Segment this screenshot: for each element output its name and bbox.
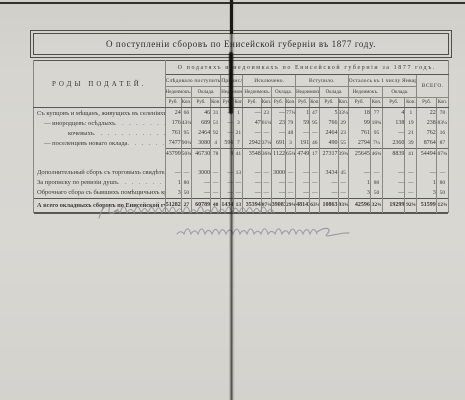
cell-kop: — <box>310 178 320 188</box>
cell-kop: 51 <box>211 118 221 128</box>
cell-rub: 761 <box>165 128 181 138</box>
cell-kop: — <box>338 188 348 199</box>
cell-kop: 16 <box>436 128 448 138</box>
cell-rub: 59 <box>296 118 310 128</box>
cell-kop: — <box>261 168 271 178</box>
cell-rub: 99 <box>348 118 370 128</box>
cell-rub: — <box>271 108 285 119</box>
total-column-header: ВСЕГО. <box>417 75 449 98</box>
subcol-arrears: Недоимокъ. <box>165 87 191 98</box>
unit-rub: Руб. <box>383 98 405 108</box>
cell-rub: 138 <box>383 118 405 128</box>
cell-kop: — <box>310 128 320 138</box>
cell-rub: 191 <box>296 138 310 149</box>
cell-rub: — <box>296 168 310 178</box>
cell-rub: 3000 <box>271 168 285 178</box>
cell-kop: 4 <box>211 138 221 149</box>
row-label: кочевыхъ <box>34 128 166 138</box>
cell-rub: 43799 <box>165 149 181 159</box>
table-row: Оброчнаго сбора съ бывшихъ помѣщичьихъ к… <box>34 188 449 199</box>
cell-kop: 61¼ <box>261 118 271 128</box>
cell-rub: 3080 <box>191 138 210 149</box>
cell-rub: — <box>243 128 261 138</box>
cell-kop: — <box>405 168 417 178</box>
cell-rub: 54494 <box>417 149 436 159</box>
cell-kop: 87¾ <box>436 149 448 159</box>
cell-kop: 18¾ <box>370 118 382 128</box>
cell-rub: — <box>296 128 310 138</box>
span-header: О податяхъ и недоимкахъ по Енисейской гу… <box>165 61 448 75</box>
cell-rub: 3 <box>417 188 436 199</box>
cell-rub: 8764 <box>417 138 436 149</box>
cell-kop: 39¾ <box>338 149 348 159</box>
unit-kop: Коп. <box>310 98 320 108</box>
cell-rub: — <box>383 168 405 178</box>
cell-rub: 1 <box>165 178 181 188</box>
unit-kop: Коп. <box>211 98 221 108</box>
cell-rub <box>243 159 261 168</box>
cell-kop: 45 <box>338 168 348 178</box>
cell-kop: — <box>285 178 295 188</box>
unit-kop: Коп. <box>261 98 271 108</box>
cell-kop: 39 <box>405 138 417 149</box>
cell-rub: 3548 <box>243 149 261 159</box>
cell-rub: 691 <box>271 138 285 149</box>
cell-kop: — <box>436 168 448 178</box>
cell-rub: — <box>243 178 261 188</box>
cell-rub: 1 <box>417 178 436 188</box>
page-title: О поступленіи сборовъ по Енисейской губе… <box>106 39 376 49</box>
cell-rub: 8839 <box>383 149 405 159</box>
cell-rub: — <box>296 178 310 188</box>
cell-kop: 33¼ <box>338 108 348 119</box>
row-label: Дополнительный сборъ съ торговыхъ свидѣт… <box>34 168 166 178</box>
row-label <box>34 159 166 168</box>
cell-rub <box>320 159 338 168</box>
unit-kop: Коп. <box>181 98 191 108</box>
cell-rub <box>348 159 370 168</box>
cell-rub: — <box>320 188 338 199</box>
unit-kop: Коп. <box>436 98 448 108</box>
cell-rub: — <box>165 168 181 178</box>
cell-kop: — <box>181 168 191 178</box>
cell-rub: 2360 <box>383 138 405 149</box>
row-label <box>34 149 166 159</box>
cell-kop: 7¼ <box>370 138 382 149</box>
cell-rub: — <box>348 168 370 178</box>
cell-rub: 766 <box>320 118 338 128</box>
cell-kop: 78 <box>211 149 221 159</box>
cell-rub: 47 <box>243 118 261 128</box>
cell-kop: 19 <box>405 118 417 128</box>
cell-kop: 95 <box>370 128 382 138</box>
cell-kop: — <box>285 168 295 178</box>
cell-rub: — <box>383 178 405 188</box>
cell-rub: 3 <box>348 188 370 199</box>
cell-rub: 3434 <box>320 168 338 178</box>
unit-rub: Руб. <box>417 98 436 108</box>
cell-rub: — <box>191 178 210 188</box>
cell-kop: 66 <box>181 108 191 119</box>
cell-rub: 490 <box>320 138 338 149</box>
table-row: — поселенцевъ новаго оклада747790¼308045… <box>34 138 449 149</box>
cell-kop: — <box>211 168 221 178</box>
cell-rub <box>417 159 436 168</box>
cell-rub: — <box>417 168 436 178</box>
cell-kop: 36¾ <box>261 149 271 159</box>
unit-kop: Коп. <box>405 98 417 108</box>
cell-kop: — <box>261 188 271 199</box>
cell-kop: 80 <box>181 178 191 188</box>
row-label: Оброчнаго сбора съ бывшихъ помѣщичьихъ к… <box>34 188 166 199</box>
unit-rub: Руб. <box>165 98 181 108</box>
cell-kop: 23 <box>338 128 348 138</box>
unit-kop: Коп. <box>234 98 243 108</box>
cell-rub: 689 <box>191 118 210 128</box>
group-due: Слѣдовало поступить. <box>165 75 221 87</box>
cell-rub: — <box>271 178 285 188</box>
cell-rub: — <box>383 188 405 199</box>
cell-kop <box>310 159 320 168</box>
page-fold-crease-top <box>230 0 233 34</box>
cell-kop <box>261 159 271 168</box>
subcol-arrears: Недоимокъ. <box>348 87 382 98</box>
cell-rub: 238 <box>417 118 436 128</box>
subcol-assessment: Оклада. <box>383 87 417 98</box>
cell-kop: 78 <box>436 108 448 119</box>
cell-rub: — <box>320 178 338 188</box>
cell-kop: 80 <box>436 178 448 188</box>
cell-kop: — <box>338 178 348 188</box>
cell-rub: 3000 <box>191 168 210 178</box>
cell-kop: 95 <box>181 128 191 138</box>
cell-kop: — <box>370 168 382 178</box>
cell-kop <box>436 159 448 168</box>
cell-rub: 4749 <box>296 149 310 159</box>
subcol-arrears: Недоимокъ. <box>296 87 320 98</box>
title-box: О поступленіи сборовъ по Енисейской губе… <box>33 33 449 55</box>
cell-rub: 46 <box>191 108 210 119</box>
cell-rub: 2942 <box>243 138 261 149</box>
group-excluded: Исключено. <box>243 75 296 87</box>
cell-kop: 3 <box>285 138 295 149</box>
cell-rub: 23 <box>271 118 285 128</box>
cell-rub: 1122 <box>271 149 285 159</box>
table-row: 4379950¾4673078941354836¾112265¾47491727… <box>34 149 449 159</box>
unit-kop: Коп. <box>370 98 382 108</box>
cell-kop: — <box>211 188 221 199</box>
cell-rub <box>271 159 285 168</box>
cell-kop: — <box>405 188 417 199</box>
cell-kop: 7 <box>234 138 243 149</box>
cell-kop: — <box>405 178 417 188</box>
cell-rub: 51599 <box>417 198 436 212</box>
cell-kop: 3 <box>234 118 243 128</box>
cell-kop: 17 <box>310 149 320 159</box>
cell-rub: 46730 <box>191 149 210 159</box>
cell-rub: 2464 <box>191 128 210 138</box>
scanned-page: О поступленіи сборовъ по Енисейской губе… <box>0 0 465 400</box>
cell-kop <box>370 159 382 168</box>
cell-kop: 50 <box>181 188 191 199</box>
cell-rub <box>383 159 405 168</box>
cell-kop: 46 <box>310 138 320 149</box>
row-label: За прописку по ревизіи душъ <box>34 178 166 188</box>
cell-kop: 65¾ <box>285 149 295 159</box>
table-row <box>34 159 449 168</box>
cell-kop <box>405 159 417 168</box>
subcol-arrears: Недоимокъ. <box>243 87 271 98</box>
unit-kop: Коп. <box>338 98 348 108</box>
cell-kop: 1 <box>234 108 243 119</box>
cell-kop: 87 <box>436 138 448 149</box>
cell-kop: 29 <box>338 118 348 128</box>
row-header-label: РОДЫ ПОДАТЕЙ. <box>34 61 166 108</box>
cell-kop: 92 <box>211 128 221 138</box>
cell-kop: 77 <box>370 108 382 119</box>
cell-rub: 2794 <box>348 138 370 149</box>
cell-rub <box>296 159 310 168</box>
group-remaining: Осталось къ 1 числу Января 1878 года. <box>348 75 417 87</box>
cell-kop: 46¾ <box>370 149 382 159</box>
handwritten-signature <box>85 198 395 258</box>
table-row: Съ купцовъ и мѣщанъ, живущихъ въ селенія… <box>34 108 449 119</box>
cell-kop: 83¼ <box>436 118 448 128</box>
cell-kop <box>181 159 191 168</box>
cell-rub: 1 <box>296 108 310 119</box>
group-received: Вступило. <box>296 75 349 87</box>
cell-rub: — <box>383 128 405 138</box>
cell-kop: 41 <box>405 149 417 159</box>
table-row: Дополнительный сборъ съ торговыхъ свидѣт… <box>34 168 449 178</box>
cell-rub: 176 <box>165 118 181 128</box>
table-row: — инородцевъ: осѣдлыхъ17643¼68951—34761¼… <box>34 118 449 128</box>
cell-kop: 23 <box>261 108 271 119</box>
cell-rub: 7477 <box>165 138 181 149</box>
cell-rub: 761 <box>348 128 370 138</box>
page-fold-crease <box>229 52 233 114</box>
unit-rub: Руб. <box>243 98 261 108</box>
cell-kop: — <box>261 178 271 188</box>
cell-kop: — <box>310 188 320 199</box>
cell-rub: 24 <box>165 108 181 119</box>
subcol-assessment: Оклада. <box>320 87 348 98</box>
cell-kop: 1 <box>405 108 417 119</box>
unit-rub: Руб. <box>271 98 285 108</box>
cell-kop: — <box>234 178 243 188</box>
cell-rub <box>165 159 181 168</box>
cell-kop: 95 <box>310 118 320 128</box>
cell-kop: 50 <box>436 188 448 199</box>
cell-kop <box>285 159 295 168</box>
cell-kop: 47 <box>310 108 320 119</box>
subcol-assessment: Оклада. <box>271 87 295 98</box>
cell-rub: 22 <box>417 108 436 119</box>
cell-rub: — <box>191 188 210 199</box>
cell-kop: 50¾ <box>181 149 191 159</box>
cell-kop: 21 <box>234 128 243 138</box>
cell-rub: — <box>271 128 285 138</box>
cell-rub: 2464 <box>320 128 338 138</box>
row-label: — поселенцевъ новаго оклада <box>34 138 166 149</box>
cell-rub: — <box>296 188 310 199</box>
cell-kop: — <box>234 188 243 199</box>
cell-kop: 90¼ <box>181 138 191 149</box>
unit-rub: Руб. <box>320 98 338 108</box>
cell-rub: 762 <box>417 128 436 138</box>
cell-rub: — <box>243 188 261 199</box>
cell-kop: — <box>285 188 295 199</box>
row-label: — инородцевъ: осѣдлыхъ <box>34 118 166 128</box>
cell-kop: — <box>261 128 271 138</box>
cell-kop: 80 <box>370 178 382 188</box>
cell-rub: 5 <box>320 108 338 119</box>
unit-rub: Руб. <box>348 98 370 108</box>
cell-kop: — <box>211 178 221 188</box>
cell-rub: 1 <box>348 178 370 188</box>
cell-rub: 3 <box>165 188 181 199</box>
cell-kop: 21 <box>405 128 417 138</box>
unit-rub: Руб. <box>191 98 210 108</box>
cell-rub: 4 <box>383 108 405 119</box>
cell-kop <box>211 159 221 168</box>
cell-kop: 31 <box>211 108 221 119</box>
subcol-assessment: Оклада. <box>191 87 220 98</box>
cell-kop: 13 <box>234 168 243 178</box>
cell-kop: 37¼ <box>261 138 271 149</box>
unit-kop: Коп. <box>285 98 295 108</box>
cell-rub: 25645 <box>348 149 370 159</box>
cell-kop: 50 <box>370 188 382 199</box>
cell-rub: — <box>243 168 261 178</box>
cell-rub <box>191 159 210 168</box>
cell-kop: 12¾ <box>436 198 448 212</box>
cell-rub: 27317 <box>320 149 338 159</box>
cell-rub: — <box>271 188 285 199</box>
cell-rub: — <box>243 108 261 119</box>
table-row: За прописку по ревизіи душъ180——————————… <box>34 178 449 188</box>
cell-kop: 92¾ <box>405 198 417 212</box>
cell-kop: 41 <box>234 149 243 159</box>
cell-kop <box>338 159 348 168</box>
table-row: кочевыхъ76195246492—21———48——24642376195… <box>34 128 449 138</box>
row-label: Съ купцовъ и мѣщанъ, живущихъ въ селенія… <box>34 108 166 119</box>
cell-kop: 43¼ <box>181 118 191 128</box>
tax-table: РОДЫ ПОДАТЕЙ. О податяхъ и недоимкахъ по… <box>33 60 449 213</box>
cell-kop <box>234 159 243 168</box>
cell-kop: 55 <box>338 138 348 149</box>
cell-kop: 77¼ <box>285 108 295 119</box>
cell-rub: 18 <box>348 108 370 119</box>
cell-kop: — <box>310 168 320 178</box>
cell-kop: 48 <box>285 128 295 138</box>
cell-kop: 79 <box>285 118 295 128</box>
unit-rub: Руб. <box>296 98 310 108</box>
